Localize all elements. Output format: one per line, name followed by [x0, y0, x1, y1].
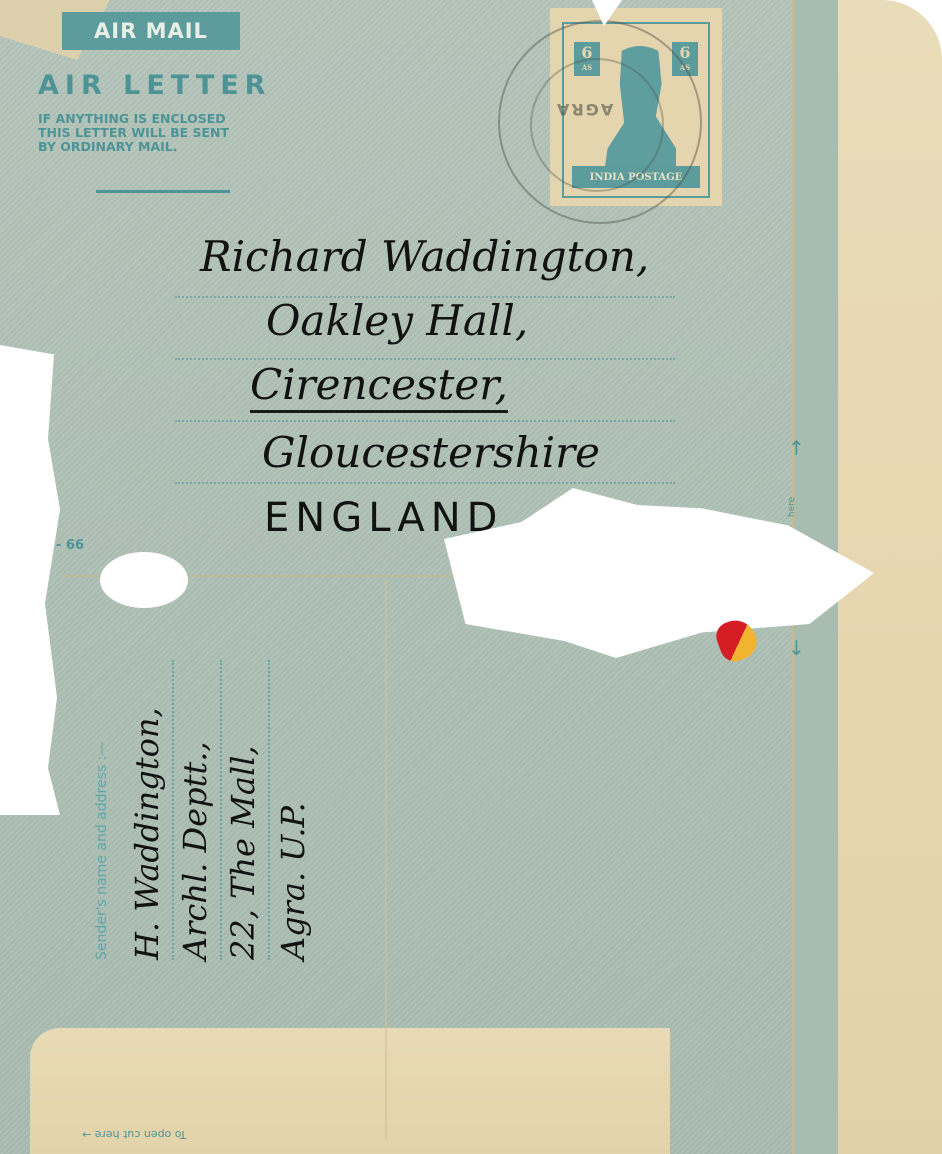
sender-block: Sender's name and address :— H. Waddingt…	[84, 660, 344, 960]
recipient-address-line: Oakley Hall,	[266, 300, 528, 342]
sender-rule	[268, 660, 270, 960]
cut-instruction: To open cut here →	[82, 1128, 186, 1141]
postmark-inner-ring	[530, 58, 664, 192]
notice-line: BY ORDINARY MAIL.	[38, 140, 298, 154]
recipient-country: ENGLAND	[264, 498, 503, 538]
air-mail-badge: AIR MAIL	[62, 12, 240, 50]
cut-instruction-text: To open cut here	[95, 1128, 187, 1141]
edge-label: here	[787, 497, 797, 517]
address-rule	[175, 482, 675, 484]
recipient-name: Richard Waddington,	[200, 236, 649, 278]
sender-address-line: Agra. U.P.	[274, 802, 312, 960]
arrow-up-icon: ↑	[788, 436, 805, 460]
notice-line: IF ANYTHING IS ENCLOSED	[38, 112, 298, 126]
sender-address-line: Archl. Deptt.,	[176, 741, 214, 960]
fold-line-vertical	[385, 580, 387, 1140]
sender-label: Sender's name and address :—	[94, 742, 110, 960]
sender-rule	[220, 660, 222, 960]
address-rule	[175, 420, 675, 422]
sender-name: H. Waddington,	[128, 707, 166, 960]
arrow-right-icon: →	[82, 1128, 91, 1141]
air-letter-title: AIR LETTER	[38, 70, 271, 101]
header-rule	[96, 190, 230, 193]
torn-hole-small	[100, 552, 188, 608]
sender-address-line: 22, The Mall,	[224, 745, 262, 960]
notice-line: THIS LETTER WILL BE SENT	[38, 126, 298, 140]
form-code: - 66	[56, 538, 84, 553]
enclosure-notice: IF ANYTHING IS ENCLOSED THIS LETTER WILL…	[38, 112, 298, 154]
air-letter: AIR MAIL AIR LETTER IF ANYTHING IS ENCLO…	[0, 0, 942, 1154]
sender-rule	[172, 660, 174, 960]
postmark-text: AGRA	[555, 100, 613, 119]
recipient-address-line: Gloucestershire	[262, 432, 600, 474]
arrow-down-icon: ↓	[788, 636, 805, 660]
recipient-address-line: Cirencester,	[250, 364, 508, 413]
